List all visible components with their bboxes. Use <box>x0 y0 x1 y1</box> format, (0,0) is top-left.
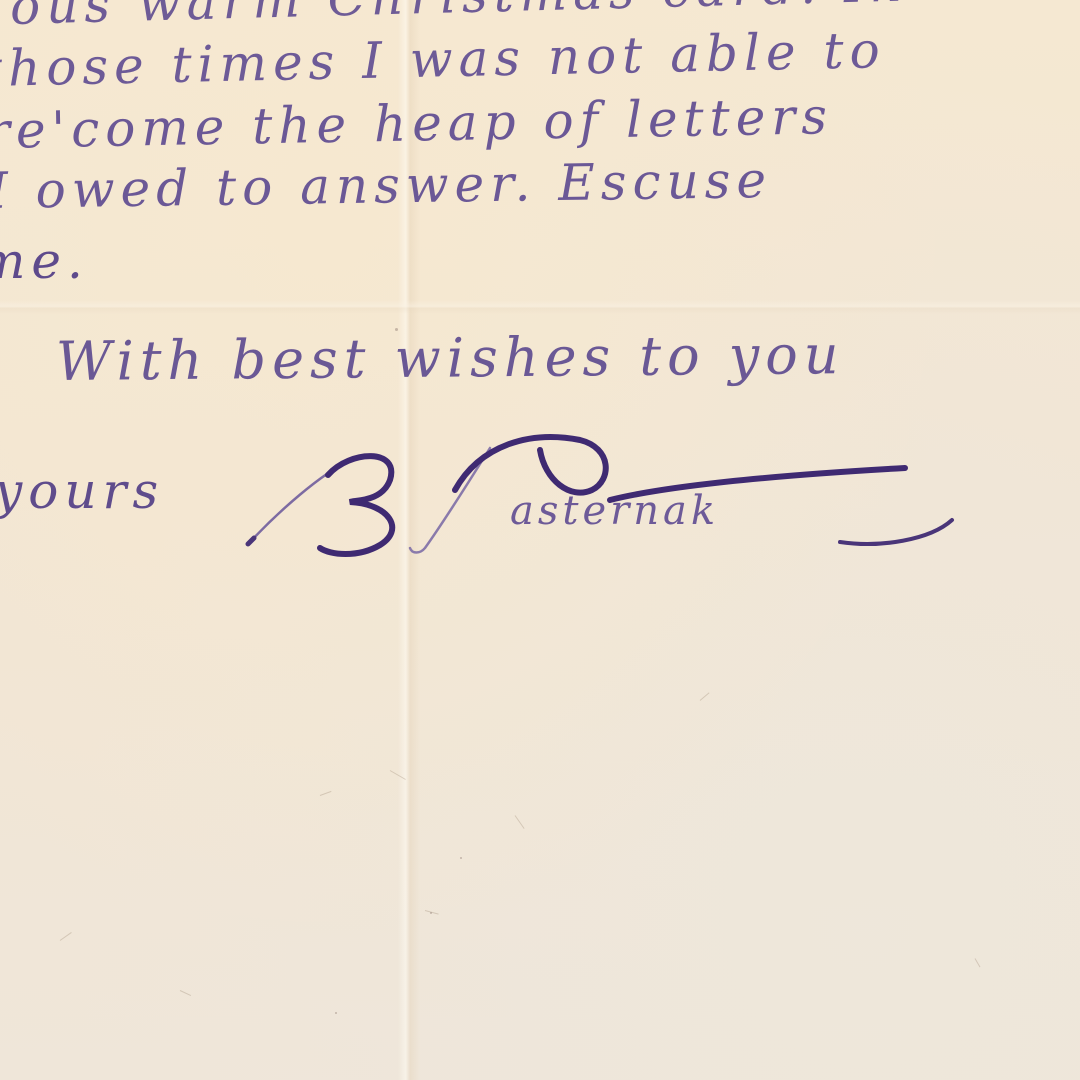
valediction: With best wishes to you <box>56 323 845 393</box>
letter-line-3: re'come the heap of letters <box>0 87 833 160</box>
letter-page: ous warm Christmas card. In those times … <box>0 0 1080 1080</box>
paper-speck <box>430 912 432 914</box>
letter-line-4: I owed to answer. Escuse <box>0 151 772 220</box>
paper-fiber <box>975 958 981 967</box>
letter-line-5: me. <box>0 232 89 290</box>
signature-surname: asternak <box>510 488 719 534</box>
paper-fiber <box>700 692 710 700</box>
horizontal-fold-line <box>0 300 1080 314</box>
paper-speck <box>335 1012 337 1014</box>
paper-fiber <box>515 815 525 829</box>
sign-off: yours <box>0 462 164 520</box>
paper-fiber <box>320 791 332 796</box>
paper-fiber <box>180 990 191 996</box>
paper-fiber <box>60 932 72 941</box>
paper-speck <box>460 857 462 859</box>
